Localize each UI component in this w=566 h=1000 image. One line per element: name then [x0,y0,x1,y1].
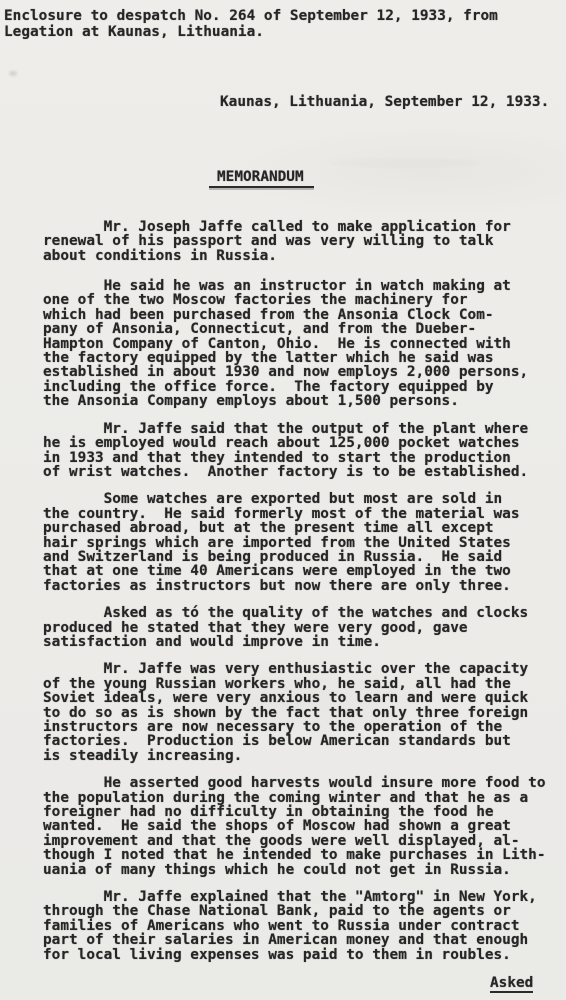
catchword: Asked [490,976,533,992]
memo-title-row: MEMORANDUM [209,169,566,187]
dateline: Kaunas, Lithuania, September 12, 1933. [220,95,566,109]
document-page: Enclosure to despatch No. 264 of Septemb… [0,0,566,1000]
paper-bleedthrough [180,895,360,904]
catchword-row: Asked [490,975,566,992]
memo-paragraph: Mr. Jaffe was very enthusiastic over the… [43,662,566,763]
memo-paragraph: He said he was an instructor in watch ma… [43,279,566,409]
memo-paragraph: Mr. Jaffe said that the output of the pl… [43,422,566,480]
paper-smudge [9,71,17,76]
memo-paragraph: Some watches are exported but most are s… [43,492,566,593]
memo-paragraph: He asserted good harvests would insure m… [43,776,566,877]
memo-paragraph: Mr. Joseph Jaffe called to make applicat… [43,220,566,263]
memo-paragraph: Asked as tó the quality of the watches a… [43,606,566,649]
enclosure-note: Enclosure to despatch No. 264 of Septemb… [4,0,566,40]
paper-bleedthrough [330,158,480,168]
memo-title: MEMORANDUM [209,170,314,187]
